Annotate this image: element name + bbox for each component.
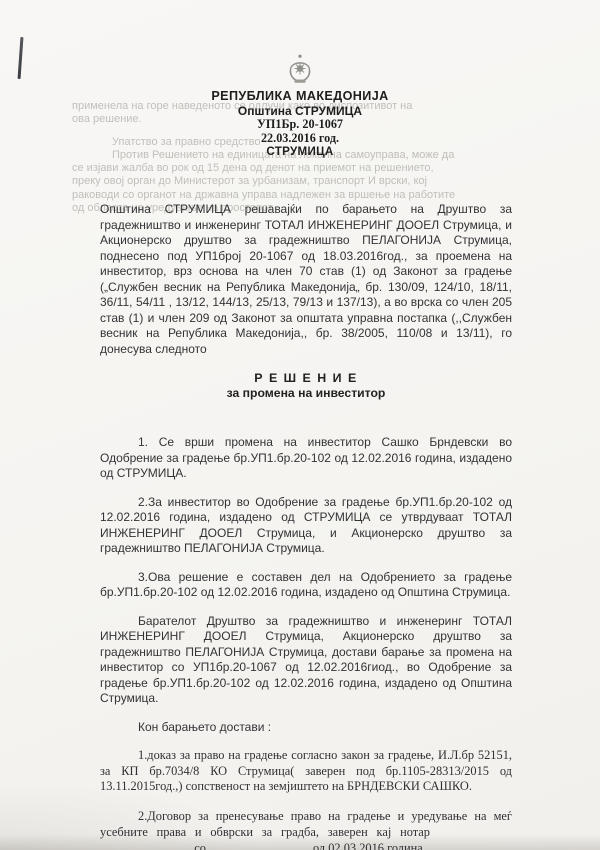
decision-point-1: 1. Се врши промена на инвеститор Сашко Б…: [100, 435, 512, 482]
attachment-2-date: од 02.03.2016 година: [313, 841, 423, 850]
attachment-2-line-2: усебните права и обврски за градба, заве…: [100, 824, 430, 840]
decision-point-3: 3.Ова решение е составен дел на Одобрени…: [100, 570, 512, 601]
header-case-number: УП1Бр. 20-1067: [0, 118, 600, 132]
decision-point-2: 2.За инвеститор во Одобрение за градење …: [100, 495, 512, 557]
letterhead: РЕПУБЛИКА МАКЕДОНИЈА Општина СТРУМИЦА УП…: [0, 53, 600, 159]
attachment-2-line-3: , со од 02.03.2016 година: [100, 840, 512, 850]
requester-paragraph: Барателот Друштво за градежништво и инже…: [100, 614, 512, 707]
coat-of-arms-icon: [0, 53, 600, 85]
decision-subtitle: за промена на инвеститор: [100, 386, 512, 401]
attachment-2-line-1: 2.Договор за пренесување право на градењ…: [100, 808, 512, 824]
bleedthrough-line: преку овој орган до Министерот за урбани…: [72, 175, 516, 188]
bleedthrough-line: раководи со органот на државна управа на…: [72, 189, 516, 202]
document-body: Општина СТРУМИЦА решавајќи по барањето н…: [100, 202, 512, 850]
attachment-2-notary-gap: , со: [188, 841, 206, 850]
attachment-item-1: 1.доказ за право на градење согласно зак…: [100, 748, 512, 795]
attachment-item-2: 2.Договор за пренесување право на градењ…: [100, 808, 512, 850]
intro-paragraph: Општина СТРУМИЦА решавајќи по барањето н…: [100, 202, 512, 357]
header-city: СТРУМИЦА: [0, 145, 600, 159]
bleedthrough-line: се изјави жалба во рок од 15 дена од ден…: [72, 162, 516, 175]
attachments-heading: Кон барањето достави :: [100, 720, 512, 736]
scanned-document-page: применела на горе наведеното се одлучи к…: [0, 0, 600, 850]
header-date: 22.03.2016 год.: [0, 132, 600, 146]
decision-title: Р Е Ш Е Н И Е: [100, 371, 512, 386]
header-municipality: Општина СТРУМИЦА: [0, 104, 600, 118]
header-country: РЕПУБЛИКА МАКЕДОНИЈА: [0, 89, 600, 104]
